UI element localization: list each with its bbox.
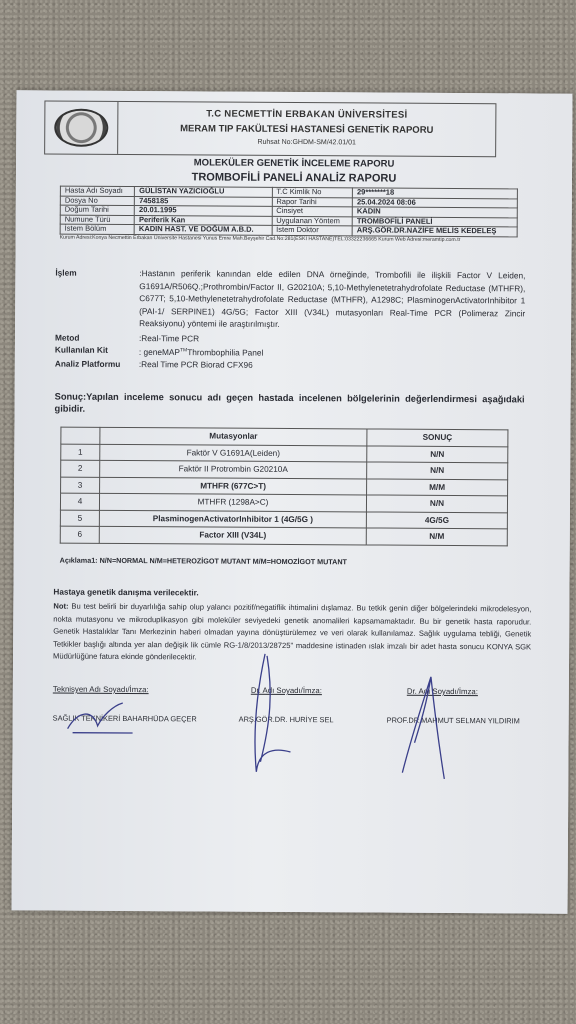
row-number: 5: [60, 510, 99, 527]
info-value: KADIN HAST. VE DOĞUM A.B.D.: [134, 225, 271, 235]
result-intro: Sonuç:Yapılan inceleme sonucu adı geçen …: [55, 391, 525, 418]
info-label: Doğum Tarihi: [60, 205, 134, 215]
metod-label: Metod: [55, 331, 139, 344]
table-row: 6Factor XIII (V34L)N/M: [60, 526, 507, 545]
mutation-result: N/M: [366, 528, 507, 545]
handwritten-signature-icon: [63, 701, 143, 741]
info-label: İstem Doktor: [272, 225, 353, 235]
row-number: 1: [61, 444, 100, 461]
header-number-cell: [61, 427, 100, 444]
row-number: 3: [61, 477, 100, 494]
mutation-name: Faktör II Protrombin G20210A: [100, 460, 367, 478]
kit-value-post: Thrombophilia Panel: [187, 347, 263, 357]
procedure-section: İşlem :Hastanın periferik kanından elde …: [55, 267, 526, 374]
signature-heading: Teknisyen Adı Soyadı/İmza:: [53, 685, 197, 695]
report-header: T.C NECMETTİN ERBAKAN ÜNİVERSİTESİ MERAM…: [44, 100, 496, 157]
patient-info-table: Hasta Adı SoyadıGÜLİSTAN YAZICIOĞLUT.C K…: [60, 186, 518, 237]
info-label: Cinsiyet: [272, 206, 353, 216]
info-label: Hasta Adı Soyadı: [60, 186, 134, 196]
row-number: 4: [60, 493, 99, 510]
mutation-name: PlasminogenActivatorInhibitor 1 (4G/5G ): [99, 510, 366, 528]
handwritten-signature-icon: [392, 673, 453, 783]
counseling-statement: Hastaya genetik danışma verilecektir.: [53, 588, 198, 598]
mutation-result: N/N: [367, 462, 508, 479]
university-name: T.C NECMETTİN ERBAKAN ÜNİVERSİTESİ: [118, 108, 495, 121]
hospital-name: MERAM TIP FAKÜLTESİ HASTANESİ GENETİK RA…: [118, 123, 495, 136]
row-number: 6: [60, 526, 99, 543]
mutation-result: N/N: [366, 495, 507, 512]
mutation-results-table: Mutasyonlar SONUÇ 1Faktör V G1691A(Leide…: [60, 427, 509, 546]
platform-value: :Real Time PCR Biorad CFX96: [139, 358, 525, 373]
mutation-result: 4G/5G: [366, 511, 507, 528]
column-header-mutation: Mutasyonlar: [100, 427, 367, 445]
result-legend: Açıklama1: N/N=NORMAL N/M=HETEROZİGOT MU…: [60, 556, 347, 567]
institution-address: Kurum Adresi:Konya Necmettin Erbakan Üni…: [60, 235, 530, 245]
platform-label: Analiz Platformu: [55, 358, 139, 371]
mutation-result: N/N: [367, 445, 508, 462]
header-text: T.C NECMETTİN ERBAKAN ÜNİVERSİTESİ MERAM…: [118, 102, 495, 156]
logo-cell: [45, 101, 118, 153]
genetic-report-document: T.C NECMETTİN ERBAKAN ÜNİVERSİTESİ MERAM…: [12, 90, 573, 913]
mutation-name: MTHFR (1298A>C): [99, 493, 366, 511]
kit-value-pre: : geneMAP: [139, 347, 180, 357]
info-value: ARŞ.GÖR.DR.NAZİFE MELİS KEDELEŞ: [352, 226, 517, 237]
islem-text: :Hastanın periferik kanından elde edilen…: [139, 267, 525, 332]
note-label: Not:: [53, 602, 68, 611]
university-seal-icon: [54, 109, 108, 147]
mutation-name: Factor XIII (V34L): [99, 526, 366, 544]
mutation-name: MTHFR (677C>T): [100, 477, 367, 495]
column-header-result: SONUÇ: [367, 429, 508, 446]
row-number: 2: [61, 460, 100, 477]
license-number: Ruhsat No:GHDM-SM/42.01/01: [118, 138, 495, 147]
mutation-result: M/M: [367, 478, 508, 495]
panel-title: TROMBOFİLİ PANELİ ANALİZ RAPORU: [16, 170, 572, 185]
info-label: T.C Kimlik No: [272, 187, 353, 197]
islem-label: İşlem: [55, 267, 139, 330]
mutation-name: Faktör V G1691A(Leiden): [100, 444, 367, 462]
report-type-title: MOLEKÜLER GENETİK İNCELEME RAPORU: [16, 156, 572, 170]
handwritten-signature-icon: [212, 652, 293, 792]
kit-label: Kullanılan Kit: [55, 344, 139, 359]
info-label: İstem Bölüm: [60, 224, 134, 234]
